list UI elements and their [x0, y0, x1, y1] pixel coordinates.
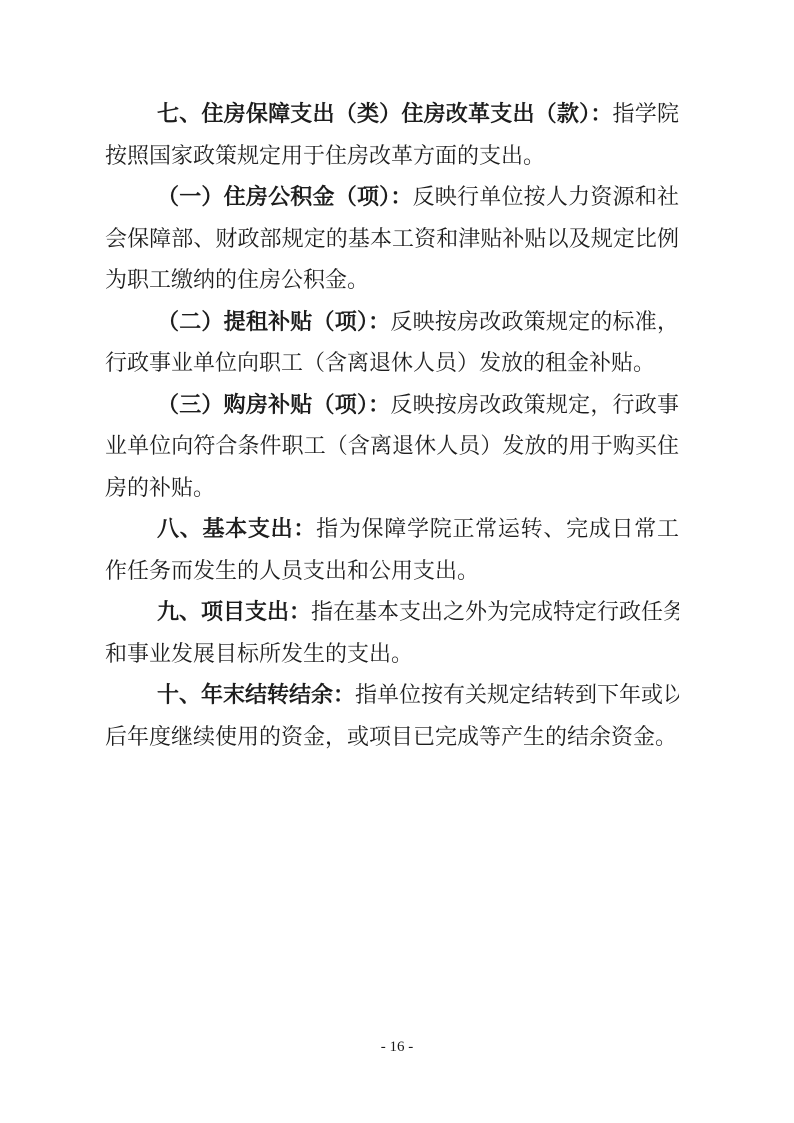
- paragraph-line: 九、项目支出：指在基本支出之外为完成特定行政任务: [105, 591, 679, 633]
- paragraph-line: 后年度继续使用的资金，或项目已完成等产生的结余资金。: [105, 716, 679, 758]
- paragraph-line: 业单位向符合条件职工（含离退休人员）发放的用于购买住: [105, 425, 679, 467]
- paragraph: 十、年末结转结余：指单位按有关规定结转到下年或以 后年度继续使用的资金，或项目已…: [105, 674, 679, 757]
- paragraph: （三）购房补贴（项）：反映按房改政策规定，行政事 业单位向符合条件职工（含离退休…: [105, 384, 679, 509]
- paragraph-line: （二）提租补贴（项）：反映按房改政策规定的标准，: [105, 301, 679, 343]
- paragraph-line: 和事业发展目标所发生的支出。: [105, 633, 679, 675]
- paragraph-line: 按照国家政策规定用于住房改革方面的支出。: [105, 135, 679, 177]
- paragraph: （一）住房公积金（项）：反映行单位按人力资源和社 会保障部、财政部规定的基本工资…: [105, 176, 679, 301]
- paragraph-heading: 八、基本支出：: [157, 516, 316, 541]
- document-page: 七、住房保障支出（类）住房改革支出（款）：指学院 按照国家政策规定用于住房改革方…: [0, 0, 794, 1123]
- paragraph-text: 指在基本支出之外为完成特定行政任务: [311, 599, 679, 624]
- paragraph-line: （一）住房公积金（项）：反映行单位按人力资源和社: [105, 176, 679, 218]
- paragraph: 八、基本支出：指为保障学院正常运转、完成日常工 作任务而发生的人员支出和公用支出…: [105, 508, 679, 591]
- paragraph-text: 指学院: [613, 101, 679, 126]
- paragraph-line: 房的补贴。: [105, 467, 679, 509]
- paragraph-text: 指为保障学院正常运转、完成日常工: [316, 516, 679, 541]
- paragraph-line: 十、年末结转结余：指单位按有关规定结转到下年或以: [105, 674, 679, 716]
- paragraph-text: 反映按房改政策规定的标准，: [390, 309, 679, 334]
- paragraph: 九、项目支出：指在基本支出之外为完成特定行政任务 和事业发展目标所发生的支出。: [105, 591, 679, 674]
- paragraph-line: 行政事业单位向职工（含离退休人员）发放的租金补贴。: [105, 342, 679, 384]
- paragraph-heading: 七、住房保障支出（类）住房改革支出（款）：: [157, 101, 613, 126]
- paragraph-text: 指单位按有关规定结转到下年或以: [355, 682, 679, 707]
- paragraph: 七、住房保障支出（类）住房改革支出（款）：指学院 按照国家政策规定用于住房改革方…: [105, 93, 679, 176]
- paragraph-text: 反映行单位按人力资源和社: [413, 184, 679, 209]
- paragraph-heading: 十、年末结转结余：: [157, 682, 355, 707]
- paragraph-heading: （三）购房补贴（项）：: [157, 392, 390, 417]
- paragraph-line: 七、住房保障支出（类）住房改革支出（款）：指学院: [105, 93, 679, 135]
- paragraph-heading: （二）提租补贴（项）：: [157, 309, 390, 334]
- paragraph: （二）提租补贴（项）：反映按房改政策规定的标准， 行政事业单位向职工（含离退休人…: [105, 301, 679, 384]
- document-body: 七、住房保障支出（类）住房改革支出（款）：指学院 按照国家政策规定用于住房改革方…: [105, 93, 679, 757]
- paragraph-line: （三）购房补贴（项）：反映按房改政策规定，行政事: [105, 384, 679, 426]
- paragraph-heading: 九、项目支出：: [157, 599, 311, 624]
- paragraph-line: 会保障部、财政部规定的基本工资和津贴补贴以及规定比例: [105, 218, 679, 260]
- paragraph-line: 作任务而发生的人员支出和公用支出。: [105, 550, 679, 592]
- paragraph-line: 八、基本支出：指为保障学院正常运转、完成日常工: [105, 508, 679, 550]
- paragraph-line: 为职工缴纳的住房公积金。: [105, 259, 679, 301]
- paragraph-text: 反映按房改政策规定，行政事: [390, 392, 679, 417]
- paragraph-heading: （一）住房公积金（项）：: [157, 184, 413, 209]
- page-number: - 16 -: [0, 1039, 794, 1056]
